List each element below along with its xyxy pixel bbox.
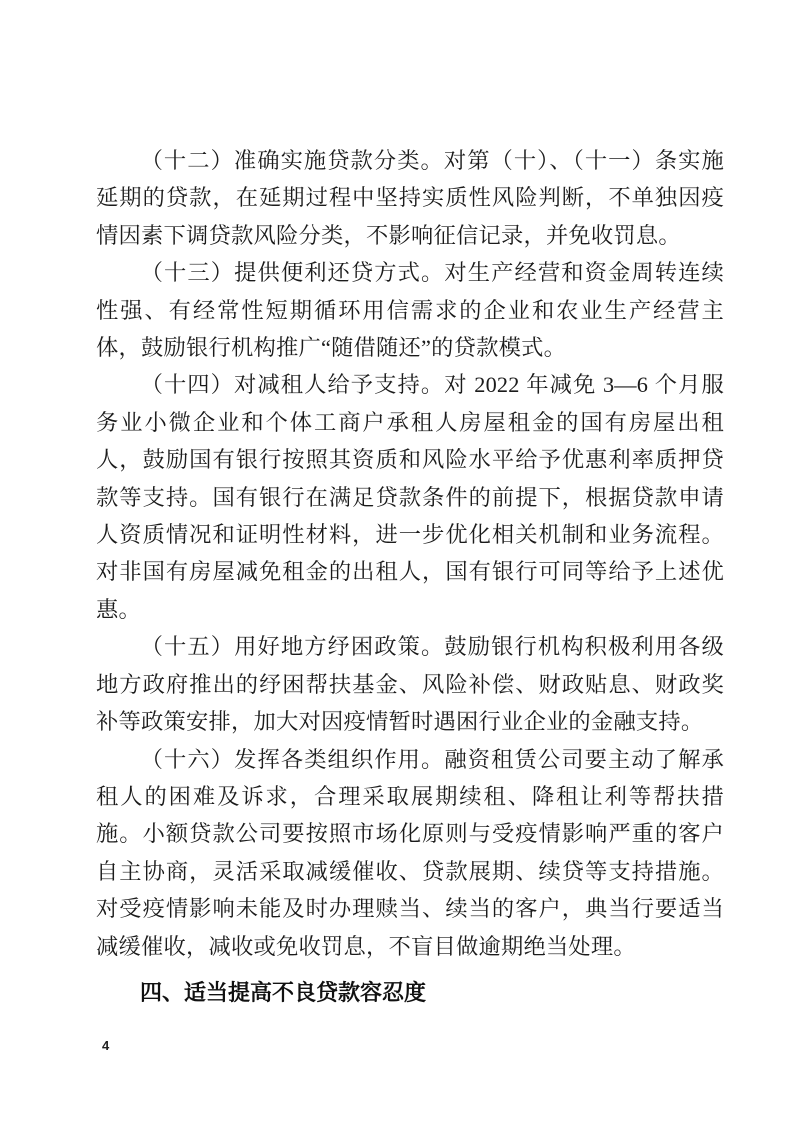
page-number: 4 [102,1038,109,1054]
paragraph-item-13: （十三）提供便利还贷方式。对生产经营和资金周转连续性强、有经常性短期循环用信需求… [96,254,724,366]
section-heading: 四、适当提高不良贷款容忍度 [96,974,724,1011]
paragraph-item-15: （十五）用好地方纾困政策。鼓励银行机构积极利用各级地方政府推出的纾困帮扶基金、风… [96,628,724,740]
paragraph-item-12: （十二）准确实施贷款分类。对第（十）、（十一）条实施延期的贷款，在延期过程中坚持… [96,142,724,254]
paragraph-item-16: （十六）发挥各类组织作用。融资租赁公司要主动了解承租人的困难及诉求，合理采取展期… [96,741,724,965]
document-body: （十二）准确实施贷款分类。对第（十）、（十一）条实施延期的贷款，在延期过程中坚持… [96,142,724,1011]
paragraph-item-14: （十四）对减租人给予支持。对 2022 年减免 3—6 个月服务业小微企业和个体… [96,366,724,628]
document-page: （十二）准确实施贷款分类。对第（十）、（十一）条实施延期的贷款，在延期过程中坚持… [0,0,793,1122]
